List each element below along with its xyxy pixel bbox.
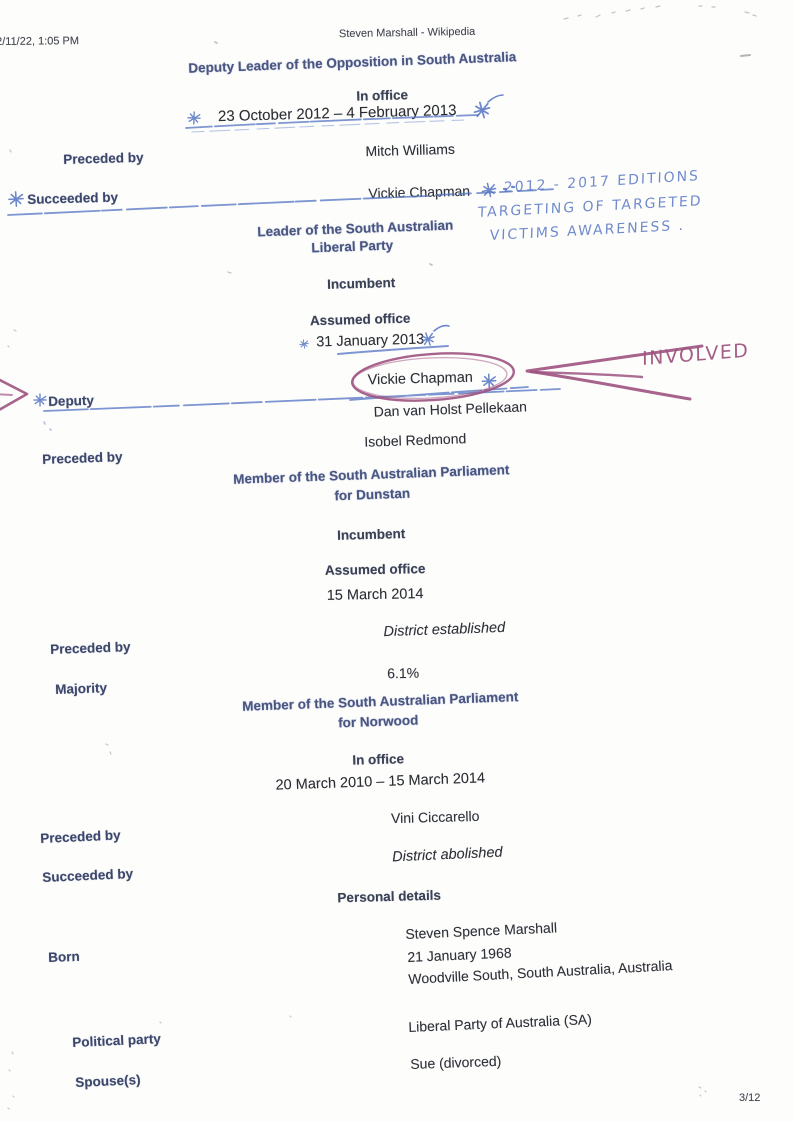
office2-incumbent: Incumbent bbox=[327, 275, 396, 294]
office1-succeeded-label: Succeeded by bbox=[27, 190, 118, 209]
political-party-label: Political party bbox=[72, 1031, 161, 1052]
office4-dates: 20 March 2010 – 15 March 2014 bbox=[275, 769, 485, 794]
office2-heading-line2: Liberal Party bbox=[311, 238, 393, 258]
spouse-label: Spouse(s) bbox=[75, 1072, 141, 1092]
office1-preceded-value: Mitch Williams bbox=[365, 141, 455, 161]
office2-preceded-value: Isobel Redmond bbox=[364, 430, 467, 451]
scanned-document-page: 2/11/22, 1:05 PM Steven Marshall - Wikip… bbox=[0, 0, 794, 1122]
office3-majority-label: Majority bbox=[55, 680, 107, 699]
born-name: Steven Spence Marshall bbox=[405, 919, 557, 943]
office3-majority-value: 6.1% bbox=[387, 665, 419, 683]
office3-preceded-value: District established bbox=[383, 619, 505, 641]
office3-heading-line2: for Dunstan bbox=[334, 486, 410, 506]
office2-assumed-date: 31 January 2013 bbox=[316, 331, 424, 352]
office3-assumed-date: 15 March 2014 bbox=[327, 585, 424, 605]
office2-deputy-value-2: Dan van Holst Pellekaan bbox=[373, 398, 527, 421]
margin-arrowhead-annotation bbox=[0, 376, 27, 414]
office3-preceded-label: Preceded by bbox=[50, 639, 131, 659]
office3-incumbent: Incumbent bbox=[337, 526, 406, 545]
office1-preceded-label: Preceded by bbox=[63, 150, 144, 169]
office4-preceded-label: Preceded by bbox=[40, 827, 121, 847]
handwritten-note-line3: VICTIMS AWARENESS . bbox=[489, 218, 685, 246]
office1-heading: Deputy Leader of the Opposition in South… bbox=[188, 49, 516, 77]
office4-in-office-label: In office bbox=[352, 751, 404, 769]
office4-succeeded-label: Succeeded by bbox=[42, 866, 133, 887]
office4-heading-line1: Member of the South Australian Parliamen… bbox=[242, 689, 519, 716]
office2-deputy-value-1: Vickie Chapman bbox=[367, 369, 473, 390]
office3-assumed-label: Assumed office bbox=[325, 561, 426, 580]
personal-heading: Personal details bbox=[337, 888, 441, 908]
political-party-value: Liberal Party of Australia (SA) bbox=[408, 1011, 592, 1036]
office4-succeeded-value: District abolished bbox=[392, 844, 503, 867]
office2-heading-line1: Leader of the South Australian bbox=[257, 218, 454, 242]
office4-preceded-value: Vini Ciccarello bbox=[391, 808, 480, 828]
handwritten-involved-note: INVOLVED bbox=[642, 340, 749, 372]
office2-deputy-label: Deputy bbox=[48, 393, 94, 411]
print-timestamp: 2/11/22, 1:05 PM bbox=[0, 35, 79, 50]
office4-heading-line2: for Norwood bbox=[338, 713, 419, 733]
handwritten-note-line1: 2012 - 2017 EDITIONS bbox=[504, 168, 701, 198]
born-label: Born bbox=[48, 949, 80, 967]
spouse-value: Sue (divorced) bbox=[410, 1053, 502, 1074]
office2-assumed-label: Assumed office bbox=[310, 311, 411, 331]
office1-succeeded-value: Vickie Chapman bbox=[368, 183, 470, 203]
office2-preceded-label: Preceded by bbox=[42, 449, 123, 469]
born-date: 21 January 1968 bbox=[407, 944, 512, 966]
page-number: 3/12 bbox=[739, 1092, 760, 1106]
document-title: Steven Marshall - Wikipedia bbox=[339, 26, 476, 42]
office3-heading-line1: Member of the South Australian Parliamen… bbox=[233, 462, 510, 489]
office1-dates: 23 October 2012 – 4 February 2013 bbox=[218, 102, 457, 127]
